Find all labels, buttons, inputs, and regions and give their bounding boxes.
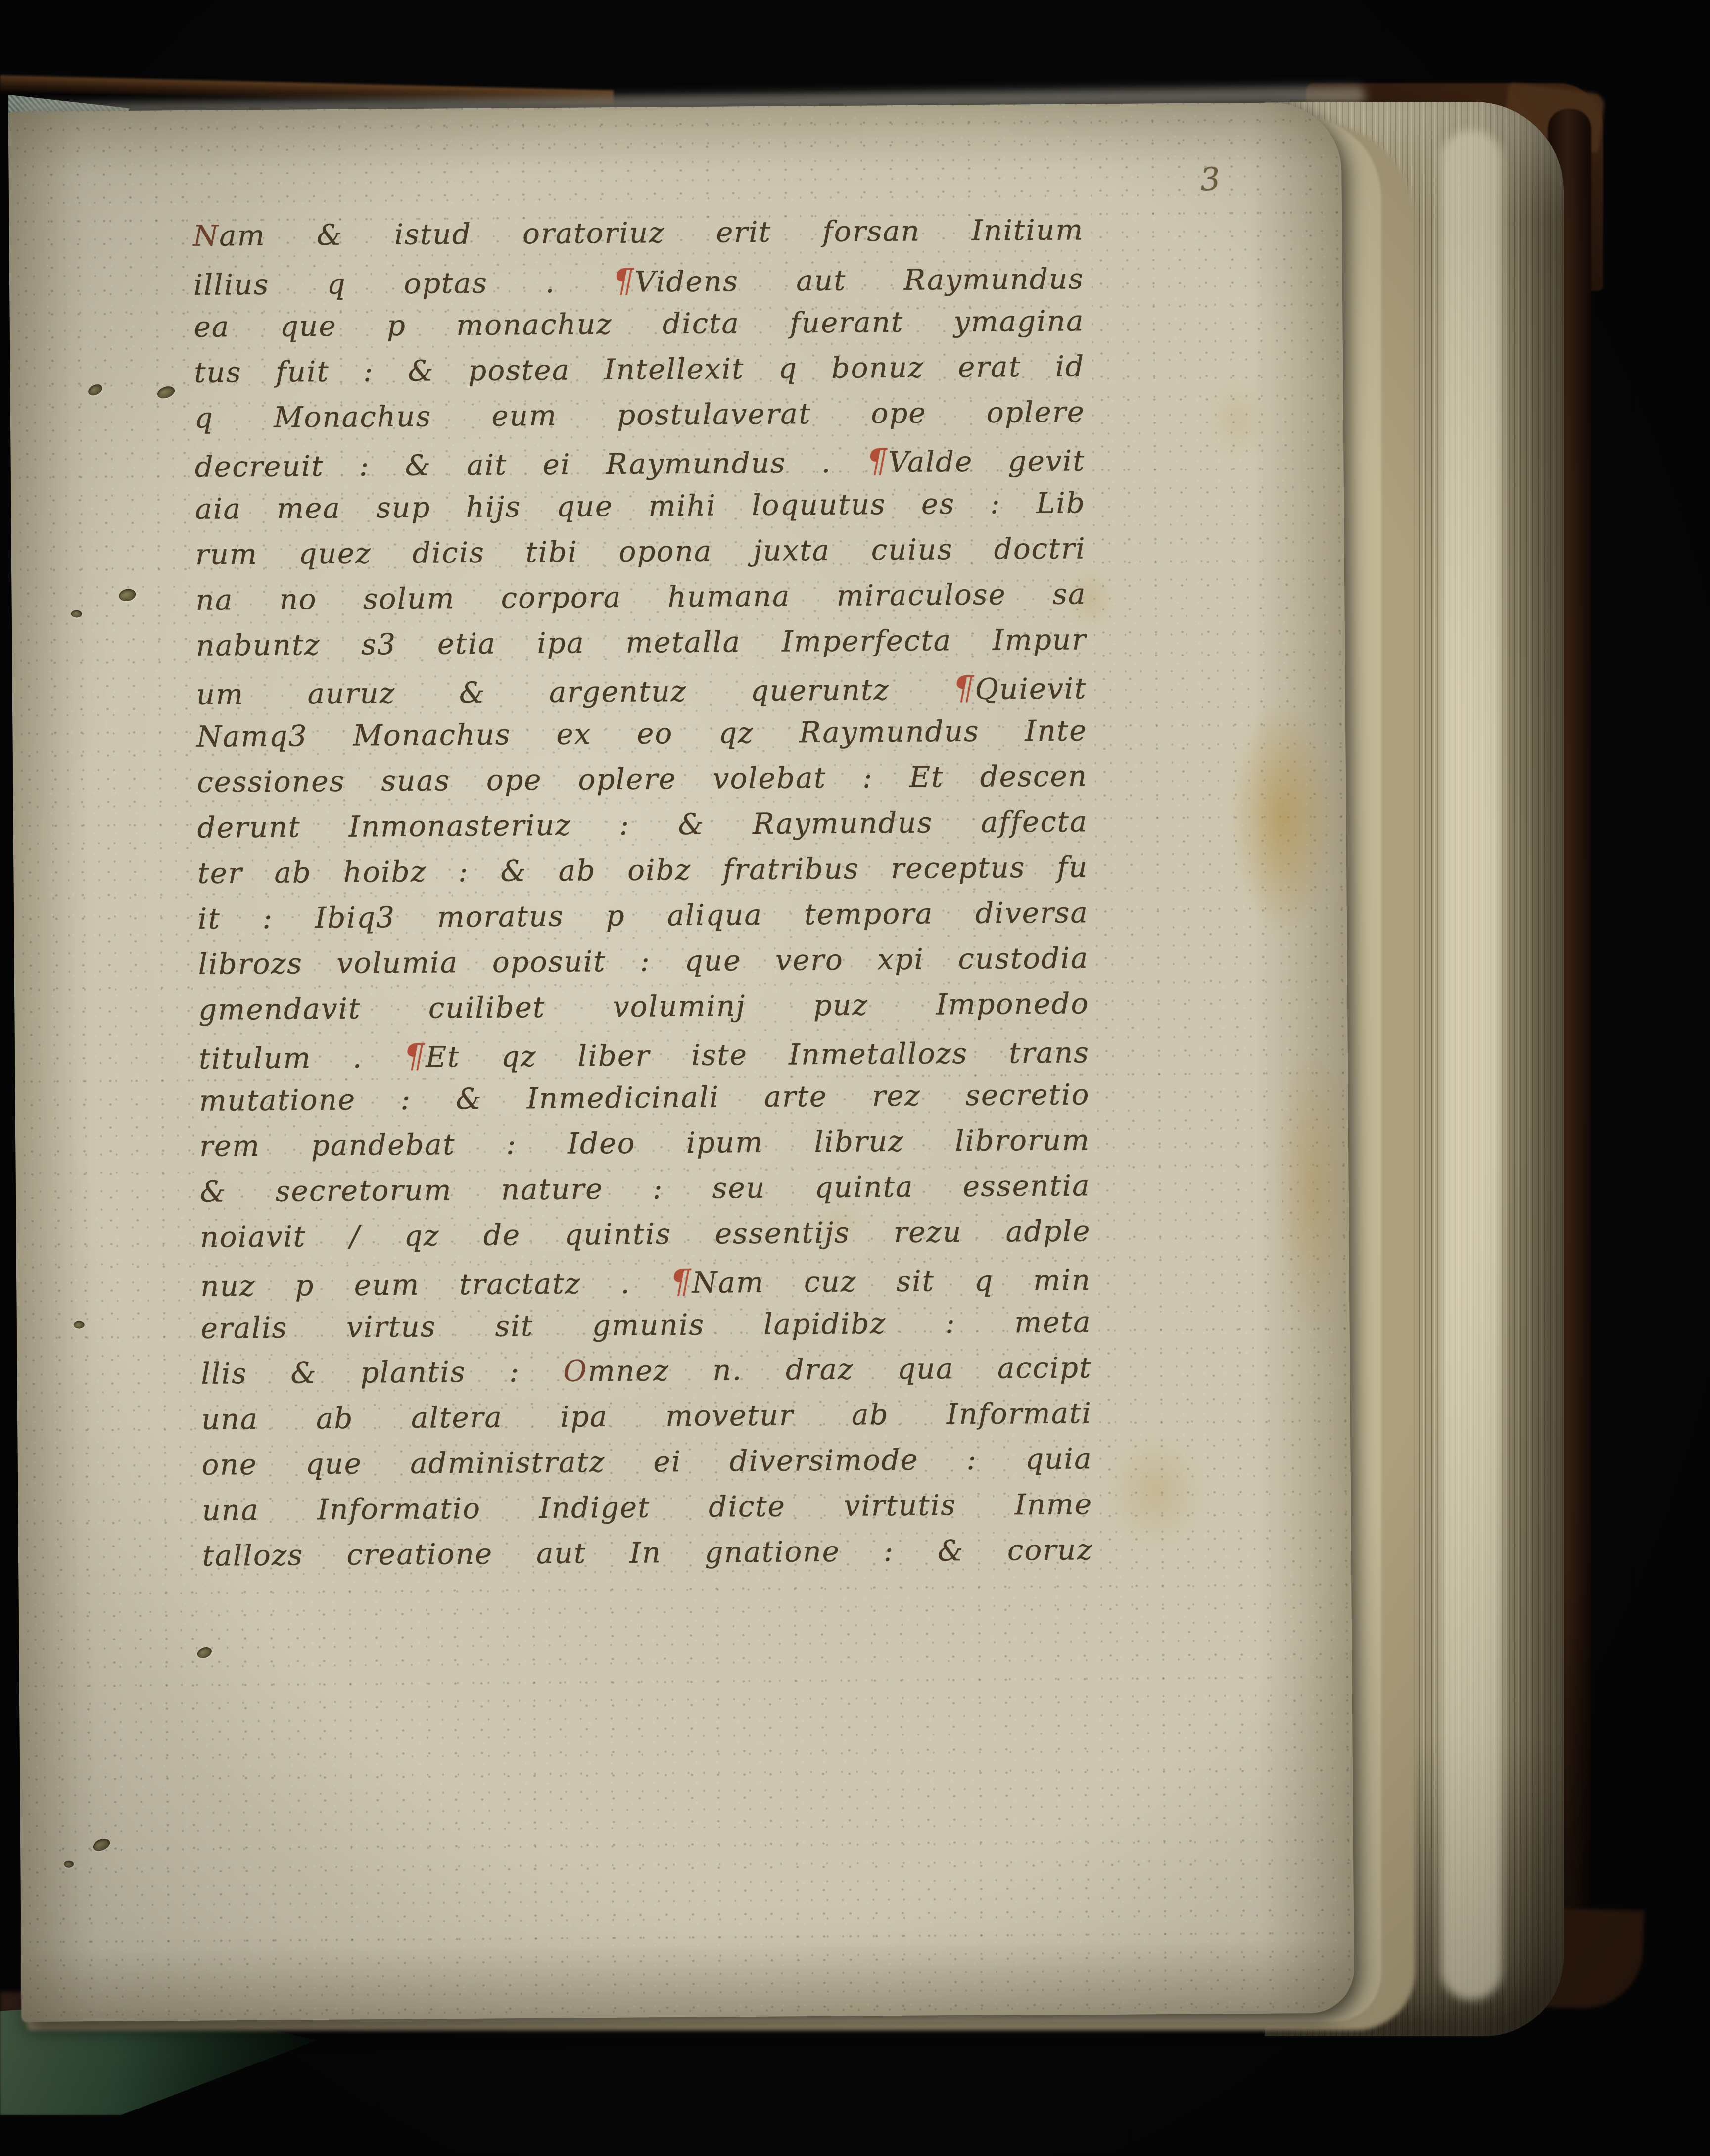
ink-text: librozs volumia oposuit : que vero xpi c…: [198, 941, 1089, 981]
ink-text: Valde gevit: [888, 444, 1086, 479]
ink-text: noiavit / qz de quintis essentijs rezu a…: [200, 1214, 1091, 1254]
text-block: Nam & istud oratoriuz erit forsan Initiu…: [193, 213, 1093, 1584]
ink-text: cessiones suas ope oplere volebat : Et d…: [197, 759, 1088, 799]
ink-text: one que administratz ei diversimode : qu…: [201, 1442, 1092, 1482]
ink-text: rum quez dicis tibi opona juxta cuius do…: [195, 531, 1086, 571]
text-line: tallozs creatione aut In gnatione : & co…: [202, 1533, 1093, 1585]
ink-text: mnez n. draz qua accipt: [588, 1351, 1092, 1388]
rubricated-initial: N: [193, 219, 219, 252]
ink-text: tus fuit : & postea Intellexit q bonuz e…: [194, 349, 1085, 389]
text-line: eralis virtus sit gmunis lapidibz : meta: [200, 1305, 1092, 1357]
ink-text: Namq3 Monachus ex eo qz Raymundus Inte: [196, 713, 1087, 753]
ink-text: una Informatio Indiget dicte virtutis In…: [202, 1487, 1092, 1527]
pilcrow-rubric-mark: ¶: [953, 669, 975, 707]
manuscript-photo: 3 Nam & istud oratoriuz erit forsan Init…: [0, 0, 1710, 2156]
pilcrow-rubric-mark: ¶: [866, 442, 889, 480]
wormhole: [64, 1861, 74, 1868]
text-line: noiavit / qz de quintis essentijs rezu a…: [200, 1214, 1091, 1266]
text-line: gmendavit cuilibet voluminj puz Imponedo: [198, 986, 1090, 1038]
text-line: llis & plantis : Omnez n. draz qua accip…: [201, 1351, 1092, 1403]
text-line: nabuntz s3 etia ipa metalla Imperfecta I…: [196, 622, 1087, 674]
text-line: librozs volumia oposuit : que vero xpi c…: [198, 941, 1089, 993]
ink-text: derunt Inmonasteriuz : & Raymundus affec…: [197, 804, 1088, 844]
text-line: una Informatio Indiget dicte virtutis In…: [202, 1487, 1093, 1539]
text-line: illius q optas . ¶Videns aut Raymundus: [193, 258, 1085, 310]
pilcrow-rubric-mark: ¶: [404, 1037, 426, 1075]
ink-text: rem pandebat : Ideo ipum libruz librorum: [199, 1123, 1090, 1163]
text-line: nuz p eum tractatz . ¶Nam cuz sit q min: [200, 1260, 1092, 1312]
text-line: Namq3 Monachus ex eo qz Raymundus Inte: [196, 713, 1088, 765]
ink-text: tallozs creatione aut In gnatione : & co…: [202, 1533, 1093, 1573]
ink-text: nuz p eum tractatz .: [200, 1266, 670, 1303]
ink-text: nabuntz s3 etia ipa metalla Imperfecta I…: [196, 622, 1087, 662]
wormhole: [91, 1836, 112, 1853]
ink-text: decreuit : & ait ei Raymundus .: [194, 445, 866, 483]
text-line: titulum . ¶Et qz liber iste Inmetallozs …: [199, 1032, 1090, 1084]
ink-text: am & istud oratoriuz erit forsan Initium: [219, 213, 1084, 252]
text-line: um auruz & argentuz queruntz ¶Quievit: [196, 668, 1088, 720]
text-line: rum quez dicis tibi opona juxta cuius do…: [195, 531, 1087, 583]
text-line: ea que p monachuz dicta fuerant ymagina: [193, 304, 1085, 356]
rubricated-initial: O: [563, 1354, 588, 1388]
text-line: it : Ibiq3 moratus p aliqua tempora dive…: [198, 895, 1089, 947]
text-line: aia mea sup hijs que mihi loquutus es : …: [195, 486, 1086, 538]
text-line: cessiones suas ope oplere volebat : Et d…: [197, 759, 1088, 811]
ink-text: q Monachus eum postulaverat ope oplere: [194, 395, 1085, 435]
text-line: q Monachus eum postulaverat ope oplere: [194, 395, 1086, 447]
text-line: one que administratz ei diversimode : qu…: [201, 1442, 1092, 1494]
wormhole: [196, 1645, 213, 1660]
ink-text: una ab altera ipa movetur ab Informati: [201, 1396, 1092, 1436]
text-line: na no solum corpora humana miraculose sa: [195, 577, 1087, 629]
text-line: mutatione : & Inmedicinali arte rez secr…: [199, 1078, 1090, 1129]
pilcrow-rubric-mark: ¶: [613, 262, 635, 300]
wormhole: [71, 610, 82, 617]
text-line: ter ab hoibz : & ab oibz fratribus recep…: [197, 850, 1089, 902]
ink-text: ter ab hoibz : & ab oibz fratribus recep…: [197, 850, 1088, 890]
text-line: una ab altera ipa movetur ab Informati: [201, 1396, 1092, 1448]
ink-text: na no solum corpora humana miraculose sa: [195, 577, 1086, 617]
ink-text: Quievit: [975, 671, 1087, 706]
ink-text: aia mea sup hijs que mihi loquutus es : …: [195, 486, 1086, 526]
folio-number: 3: [1199, 161, 1222, 199]
pilcrow-rubric-mark: ¶: [670, 1263, 692, 1301]
ink-text: Nam cuz sit q min: [692, 1263, 1091, 1300]
ink-text: um auruz & argentuz queruntz: [196, 672, 953, 711]
text-line: Nam & istud oratoriuz erit forsan Initiu…: [193, 213, 1084, 265]
ink-text: eralis virtus sit gmunis lapidibz : meta: [200, 1305, 1091, 1345]
ink-text: llis & plantis :: [201, 1355, 563, 1391]
text-line: & secretorum nature : seu quinta essenti…: [200, 1169, 1091, 1220]
ink-text: illius q optas .: [193, 265, 613, 302]
wormhole: [74, 1321, 85, 1328]
text-line: rem pandebat : Ideo ipum libruz librorum: [199, 1123, 1091, 1175]
wormhole: [118, 587, 137, 603]
ink-text: & secretorum nature : seu quinta essenti…: [200, 1169, 1091, 1209]
wormhole: [87, 382, 104, 398]
text-line: decreuit : & ait ei Raymundus . ¶Valde g…: [194, 440, 1086, 492]
ink-text: titulum .: [199, 1040, 404, 1076]
ink-text: gmendavit cuilibet voluminj puz Imponedo: [198, 986, 1089, 1027]
fore-edge-light-page: [1441, 130, 1502, 2000]
text-line: tus fuit : & postea Intellexit q bonuz e…: [194, 349, 1085, 401]
ink-text: Et qz liber iste Inmetallozs trans: [426, 1035, 1090, 1074]
ink-text: Videns aut Raymundus: [635, 262, 1085, 298]
ink-text: ea que p monachuz dicta fuerant ymagina: [193, 304, 1084, 344]
ink-text: mutatione : & Inmedicinali arte rez secr…: [199, 1078, 1090, 1118]
manuscript-page: 3 Nam & istud oratoriuz erit forsan Init…: [8, 102, 1355, 2022]
wormhole: [156, 384, 176, 400]
text-line: derunt Inmonasteriuz : & Raymundus affec…: [197, 804, 1088, 856]
ink-text: it : Ibiq3 moratus p aliqua tempora dive…: [198, 895, 1089, 936]
